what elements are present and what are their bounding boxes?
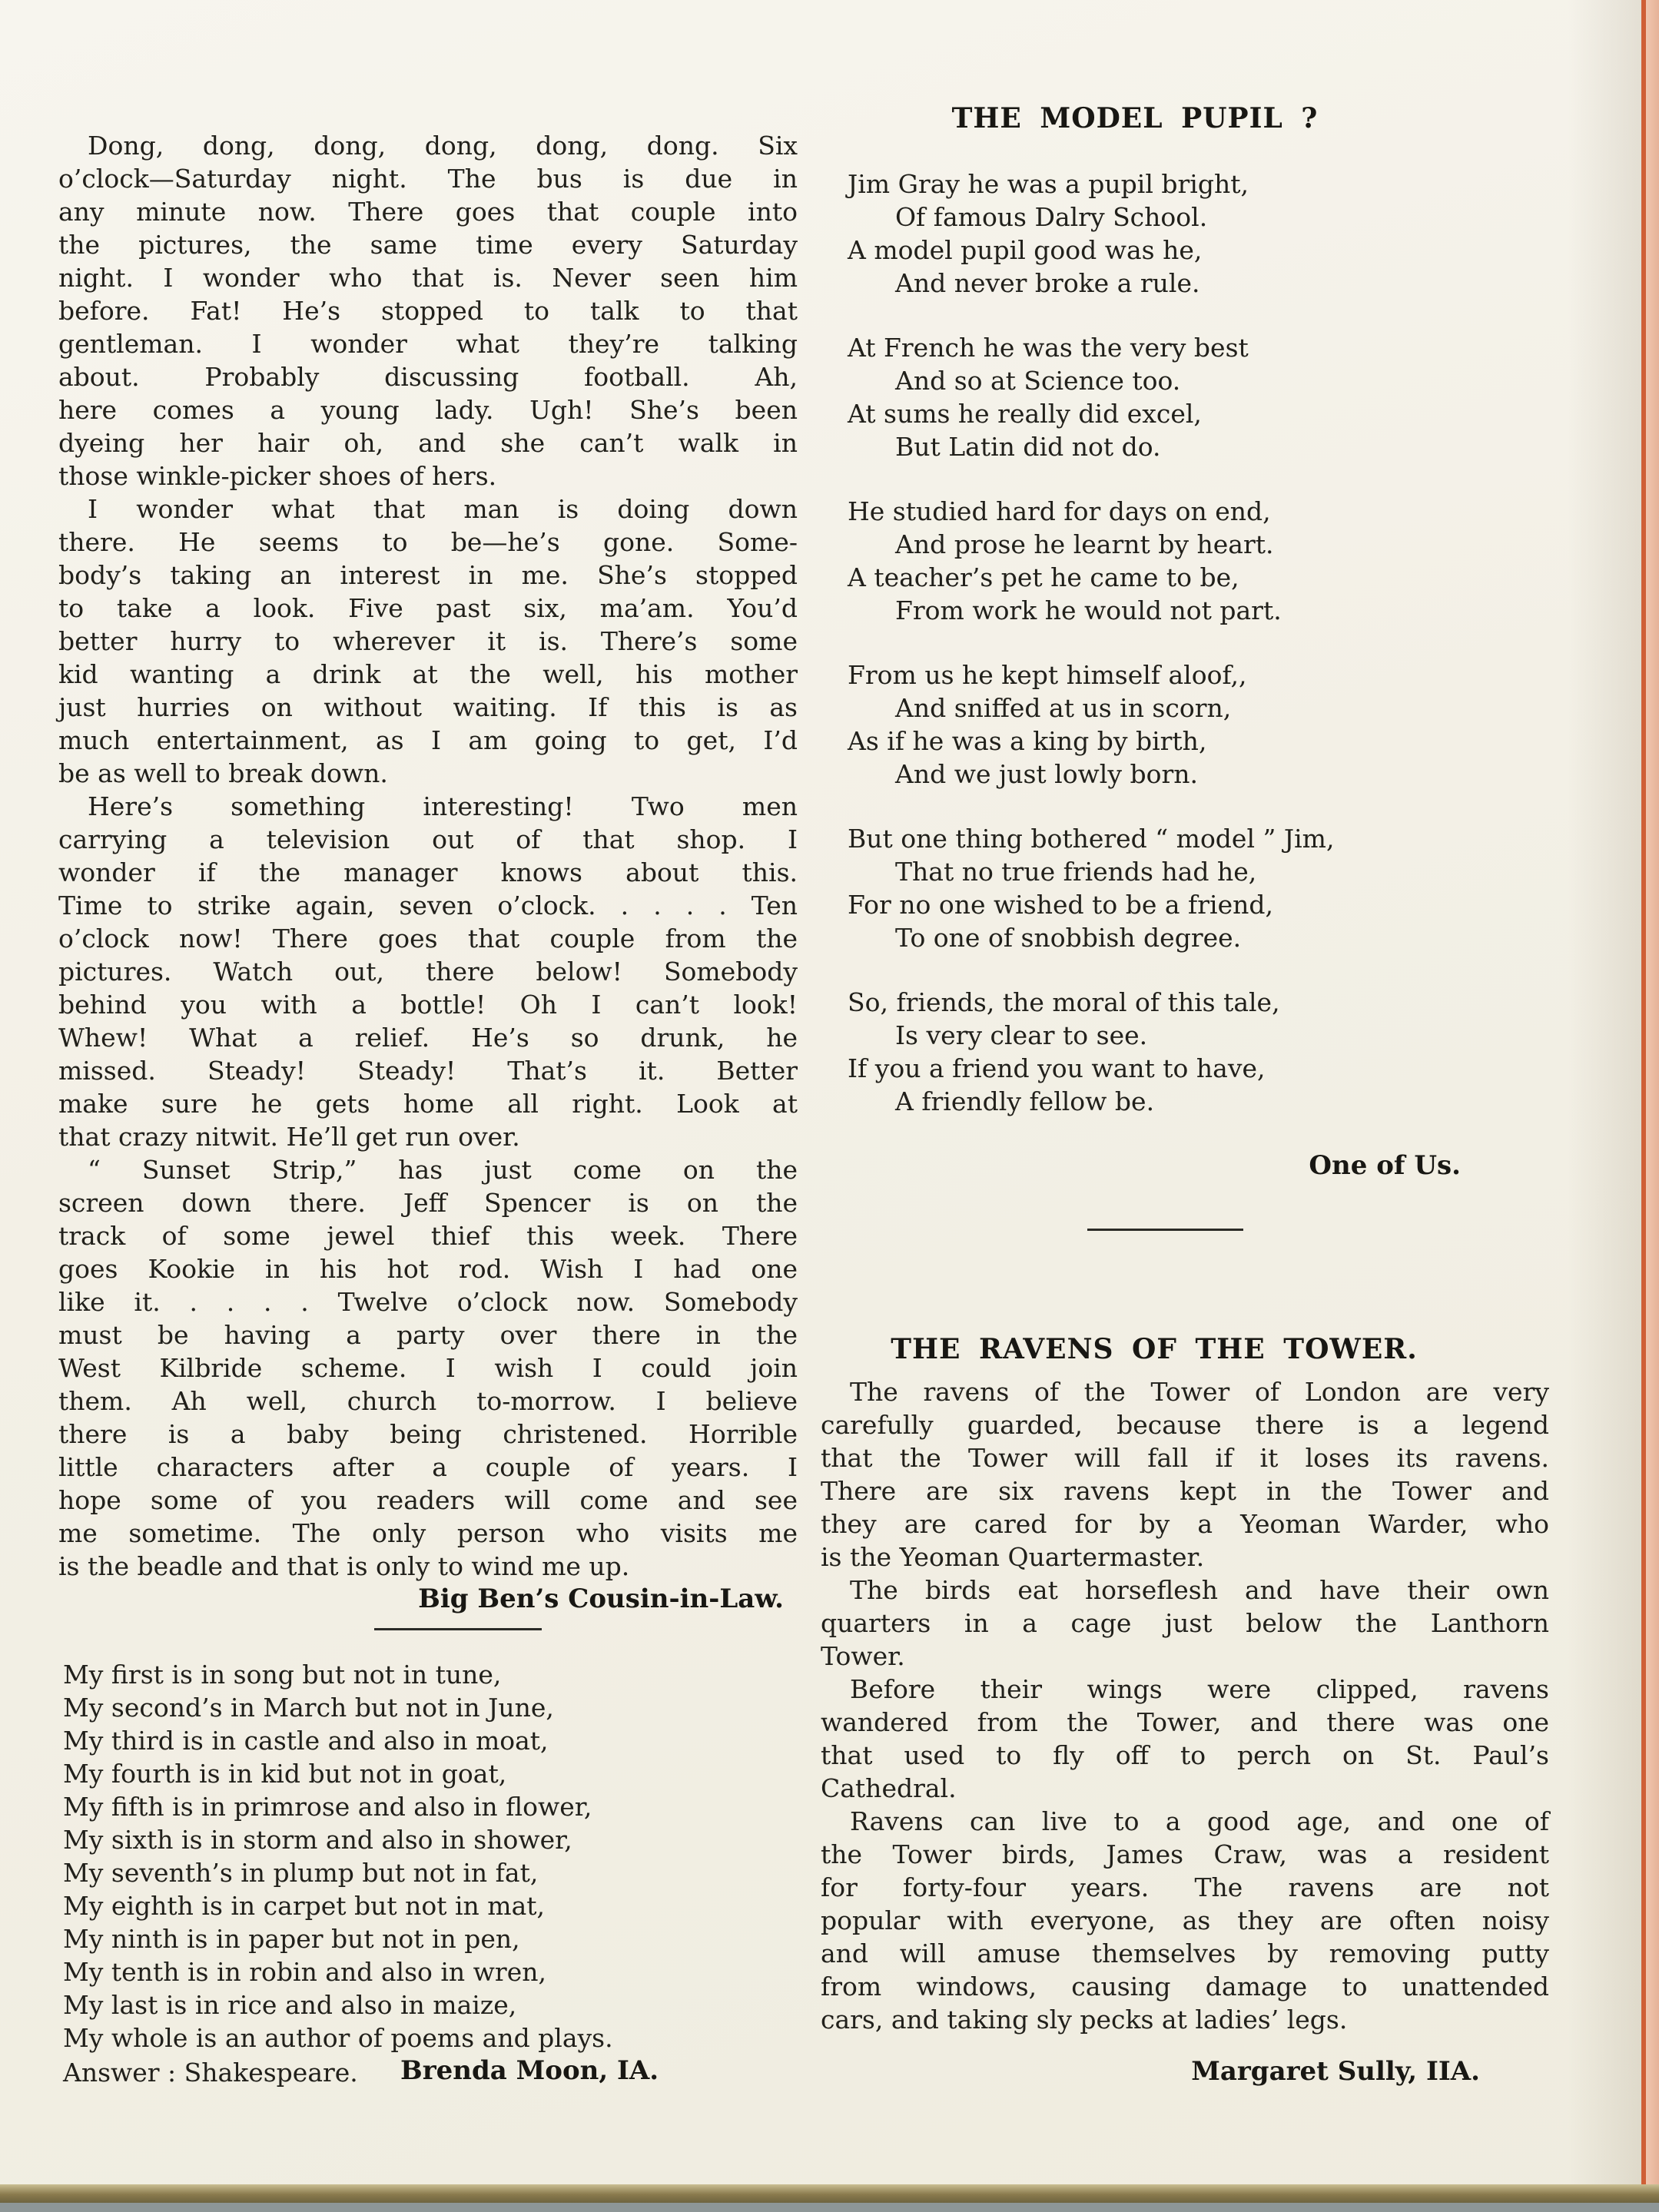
- story-paragraph: Dong, dong, dong, dong, dong, dong. Sixo…: [58, 129, 798, 492]
- text-line: And we just lowly born.: [821, 758, 1549, 791]
- text-line: Jim Gray he was a pupil bright,: [821, 167, 1549, 201]
- story-paragraph: Here’s something interesting! Two mencar…: [58, 790, 798, 1153]
- poem-stanza: From us he kept himself aloof,,And sniff…: [821, 658, 1549, 791]
- text-line: But Latin did not do.: [821, 430, 1549, 463]
- text-line: My second’s in March but not in June,: [58, 1691, 798, 1724]
- text-line: My ninth is in paper but not in pen,: [58, 1922, 798, 1955]
- text-line: for forty-four years. The ravens are not: [821, 1871, 1549, 1904]
- text-line: carefully guarded, because there is a le…: [821, 1408, 1549, 1441]
- text-line: That no true friends had he,: [821, 855, 1549, 888]
- poem-title: THE MODEL PUPIL ?: [821, 100, 1549, 137]
- text-line: kid wanting a drink at the well, his mot…: [58, 658, 798, 691]
- text-line: From work he would not part.: [821, 594, 1549, 627]
- text-line: is the Yeoman Quartermaster.: [821, 1540, 1549, 1574]
- text-line: At sums he really did excel,: [821, 397, 1549, 430]
- text-line: Tower.: [821, 1640, 1549, 1673]
- text-line: that the Tower will fall if it loses its…: [821, 1441, 1549, 1474]
- article-title: THE RAVENS OF THE TOWER.: [821, 1331, 1549, 1368]
- article-paragraph: The ravens of the Tower of London are ve…: [821, 1375, 1549, 1574]
- text-line: that crazy nitwit. He’ll get run over.: [58, 1120, 798, 1153]
- text-line: goes Kookie in his hot rod. Wish I had o…: [58, 1252, 798, 1285]
- text-line: behind you with a bottle! Oh I can’t loo…: [58, 988, 798, 1021]
- text-line: My third is in castle and also in moat,: [58, 1724, 798, 1757]
- poem-stanza: So, friends, the moral of this tale,Is v…: [821, 986, 1549, 1118]
- text-line: Of famous Dalry School.: [821, 201, 1549, 234]
- text-line: My whole is an author of poems and plays…: [58, 2021, 798, 2054]
- poem-stanza: At French he was the very bestAnd so at …: [821, 331, 1549, 463]
- text-line: be as well to break down.: [58, 757, 798, 790]
- text-line: pictures. Watch out, there below! Somebo…: [58, 955, 798, 988]
- story-author-signature: Big Ben’s Cousin-in-Law.: [58, 1583, 784, 1616]
- text-line: track of some jewel thief this week. The…: [58, 1219, 798, 1252]
- text-line: to take a look. Five past six, ma’am. Yo…: [58, 592, 798, 625]
- text-line: wonder if the manager knows about this.: [58, 856, 798, 889]
- text-line: Ravens can live to a good age, and one o…: [821, 1805, 1549, 1838]
- text-line: And prose he learnt by heart.: [821, 528, 1549, 561]
- story-paragraph: “ Sunset Strip,” has just come on thescr…: [58, 1153, 798, 1583]
- text-line: and will amuse themselves by removing pu…: [821, 1937, 1549, 1970]
- ravens-article: The ravens of the Tower of London are ve…: [821, 1375, 1549, 2036]
- text-line: is the beadle and that is only to wind m…: [58, 1550, 798, 1583]
- text-line: there. He seems to be—he’s gone. Some-: [58, 526, 798, 559]
- riddle-answer-row: Answer : Shakespeare. Brenda Moon, IA.: [58, 2056, 798, 2089]
- text-line: Time to strike again, seven o’clock. . .…: [58, 889, 798, 922]
- text-line: From us he kept himself aloof,,: [821, 658, 1549, 691]
- page-edge-salmon-strip: [1646, 0, 1659, 2212]
- text-line: And sniffed at us in scorn,: [821, 691, 1549, 725]
- poem-stanza: Jim Gray he was a pupil bright,Of famous…: [821, 167, 1549, 300]
- story-paragraph: I wonder what that man is doing downther…: [58, 492, 798, 790]
- article-author-signature: Margaret Sully, IIA.: [821, 2055, 1480, 2088]
- text-line: The ravens of the Tower of London are ve…: [821, 1375, 1549, 1408]
- text-line: And so at Science too.: [821, 364, 1549, 397]
- text-line: As if he was a king by birth,: [821, 725, 1549, 758]
- text-line: quarters in a cage just below the Lantho…: [821, 1607, 1549, 1640]
- text-line: My sixth is in storm and also in shower,: [58, 1823, 798, 1856]
- text-line: here comes a young lady. Ugh! She’s been: [58, 393, 798, 426]
- text-line: My seventh’s in plump but not in fat,: [58, 1856, 798, 1889]
- text-line: Cathedral.: [821, 1772, 1549, 1805]
- text-line: o’clock—Saturday night. The bus is due i…: [58, 162, 798, 195]
- text-line: He studied hard for days on end,: [821, 495, 1549, 528]
- text-line: carrying a television out of that shop. …: [58, 823, 798, 856]
- text-line: If you a friend you want to have,: [821, 1052, 1549, 1085]
- text-line: make sure he gets home all right. Look a…: [58, 1087, 798, 1120]
- page-bottom-shadow: [0, 2203, 1659, 2212]
- article-paragraph: Ravens can live to a good age, and one o…: [821, 1805, 1549, 2036]
- text-line: West Kilbride scheme. I wish I could joi…: [58, 1351, 798, 1385]
- text-line: So, friends, the moral of this tale,: [821, 986, 1549, 1019]
- text-line: My last is in rice and also in maize,: [58, 1988, 798, 2021]
- poem-stanza: But one thing bothered “ model ” Jim,Tha…: [821, 822, 1549, 954]
- text-line: And never broke a rule.: [821, 267, 1549, 300]
- text-line: My eighth is in carpet but not in mat,: [58, 1889, 798, 1922]
- text-line: before. Fat! He’s stopped to talk to tha…: [58, 294, 798, 327]
- model-pupil-poem: Jim Gray he was a pupil bright,Of famous…: [821, 167, 1549, 1118]
- text-line: The birds eat horseflesh and have their …: [821, 1574, 1549, 1607]
- text-line: There are six ravens kept in the Tower a…: [821, 1474, 1549, 1507]
- left-column: Dong, dong, dong, dong, dong, dong. Sixo…: [58, 129, 798, 2089]
- text-line: A model pupil good was he,: [821, 234, 1549, 267]
- text-line: that used to fly off to perch on St. Pau…: [821, 1739, 1549, 1772]
- text-line: Dong, dong, dong, dong, dong, dong. Six: [58, 129, 798, 162]
- text-line: To one of snobbish degree.: [821, 921, 1549, 954]
- text-line: night. I wonder who that is. Never seen …: [58, 261, 798, 294]
- text-line: But one thing bothered “ model ” Jim,: [821, 822, 1549, 855]
- article-paragraph: Before their wings were clipped, ravensw…: [821, 1673, 1549, 1805]
- text-line: me sometime. The only person who visits …: [58, 1517, 798, 1550]
- section-divider: [374, 1628, 542, 1630]
- text-line: I wonder what that man is doing down: [58, 492, 798, 526]
- text-line: cars, and taking sly pecks at ladies’ le…: [821, 2003, 1549, 2036]
- text-line: like it. . . . . Twelve o’clock now. Som…: [58, 1285, 798, 1318]
- text-line: popular with everyone, as they are often…: [821, 1904, 1549, 1937]
- page-bottom-edge: [0, 2184, 1659, 2203]
- text-line: “ Sunset Strip,” has just come on the: [58, 1153, 798, 1186]
- text-line: them. Ah well, church to-morrow. I belie…: [58, 1385, 798, 1418]
- article-paragraph: The birds eat horseflesh and have their …: [821, 1574, 1549, 1673]
- right-column: THE MODEL PUPIL ? Jim Gray he was a pupi…: [821, 100, 1549, 2088]
- text-line: better hurry to wherever it is. There’s …: [58, 625, 798, 658]
- text-line: from windows, causing damage to unattend…: [821, 1970, 1549, 2003]
- text-line: there is a baby being christened. Horrib…: [58, 1418, 798, 1451]
- text-line: much entertainment, as I am going to get…: [58, 724, 798, 757]
- text-line: Is very clear to see.: [821, 1019, 1549, 1052]
- text-line: hope some of you readers will come and s…: [58, 1484, 798, 1517]
- riddle-author-signature: Brenda Moon, IA.: [400, 2054, 659, 2088]
- text-line: My first is in song but not in tune,: [58, 1658, 798, 1691]
- poem-stanza: He studied hard for days on end,And pros…: [821, 495, 1549, 627]
- text-line: missed. Steady! Steady! That’s it. Bette…: [58, 1054, 798, 1087]
- text-line: just hurries on without waiting. If this…: [58, 691, 798, 724]
- scanned-magazine-page: { "page": { "colors": { "paper": "#f3f0e…: [0, 0, 1659, 2212]
- text-line: A friendly fellow be.: [821, 1085, 1549, 1118]
- text-line: wandered from the Tower, and there was o…: [821, 1706, 1549, 1739]
- text-line: Whew! What a relief. He’s so drunk, he: [58, 1021, 798, 1054]
- riddle-poem: My first is in song but not in tune,My s…: [58, 1658, 798, 2054]
- text-line: those winkle-picker shoes of hers.: [58, 459, 798, 492]
- riddle-answer: Answer : Shakespeare.: [63, 2056, 358, 2089]
- text-line: o’clock now! There goes that couple from…: [58, 922, 798, 955]
- text-line: they are cared for by a Yeoman Warder, w…: [821, 1507, 1549, 1540]
- page-curl-shadow: [1568, 0, 1641, 2212]
- text-line: My tenth is in robin and also in wren,: [58, 1955, 798, 1988]
- text-line: the Tower birds, James Craw, was a resid…: [821, 1838, 1549, 1871]
- text-line: Before their wings were clipped, ravens: [821, 1673, 1549, 1706]
- text-line: the pictures, the same time every Saturd…: [58, 228, 798, 261]
- text-line: body’s taking an interest in me. She’s s…: [58, 559, 798, 592]
- text-line: must be having a party over there in the: [58, 1318, 798, 1351]
- text-line: At French he was the very best: [821, 331, 1549, 364]
- poem-author-signature: One of Us.: [821, 1149, 1461, 1182]
- text-line: Here’s something interesting! Two men: [58, 790, 798, 823]
- section-divider: [1087, 1229, 1243, 1231]
- text-line: screen down there. Jeff Spencer is on th…: [58, 1186, 798, 1219]
- text-line: For no one wished to be a friend,: [821, 888, 1549, 921]
- text-line: My fourth is in kid but not in goat,: [58, 1757, 798, 1790]
- text-line: dyeing her hair oh, and she can’t walk i…: [58, 426, 798, 459]
- text-line: gentleman. I wonder what they’re talking: [58, 327, 798, 360]
- text-line: My fifth is in primrose and also in flow…: [58, 1790, 798, 1823]
- text-line: any minute now. There goes that couple i…: [58, 195, 798, 228]
- text-line: about. Probably discussing football. Ah,: [58, 360, 798, 393]
- text-line: A teacher’s pet he came to be,: [821, 561, 1549, 594]
- text-line: little characters after a couple of year…: [58, 1451, 798, 1484]
